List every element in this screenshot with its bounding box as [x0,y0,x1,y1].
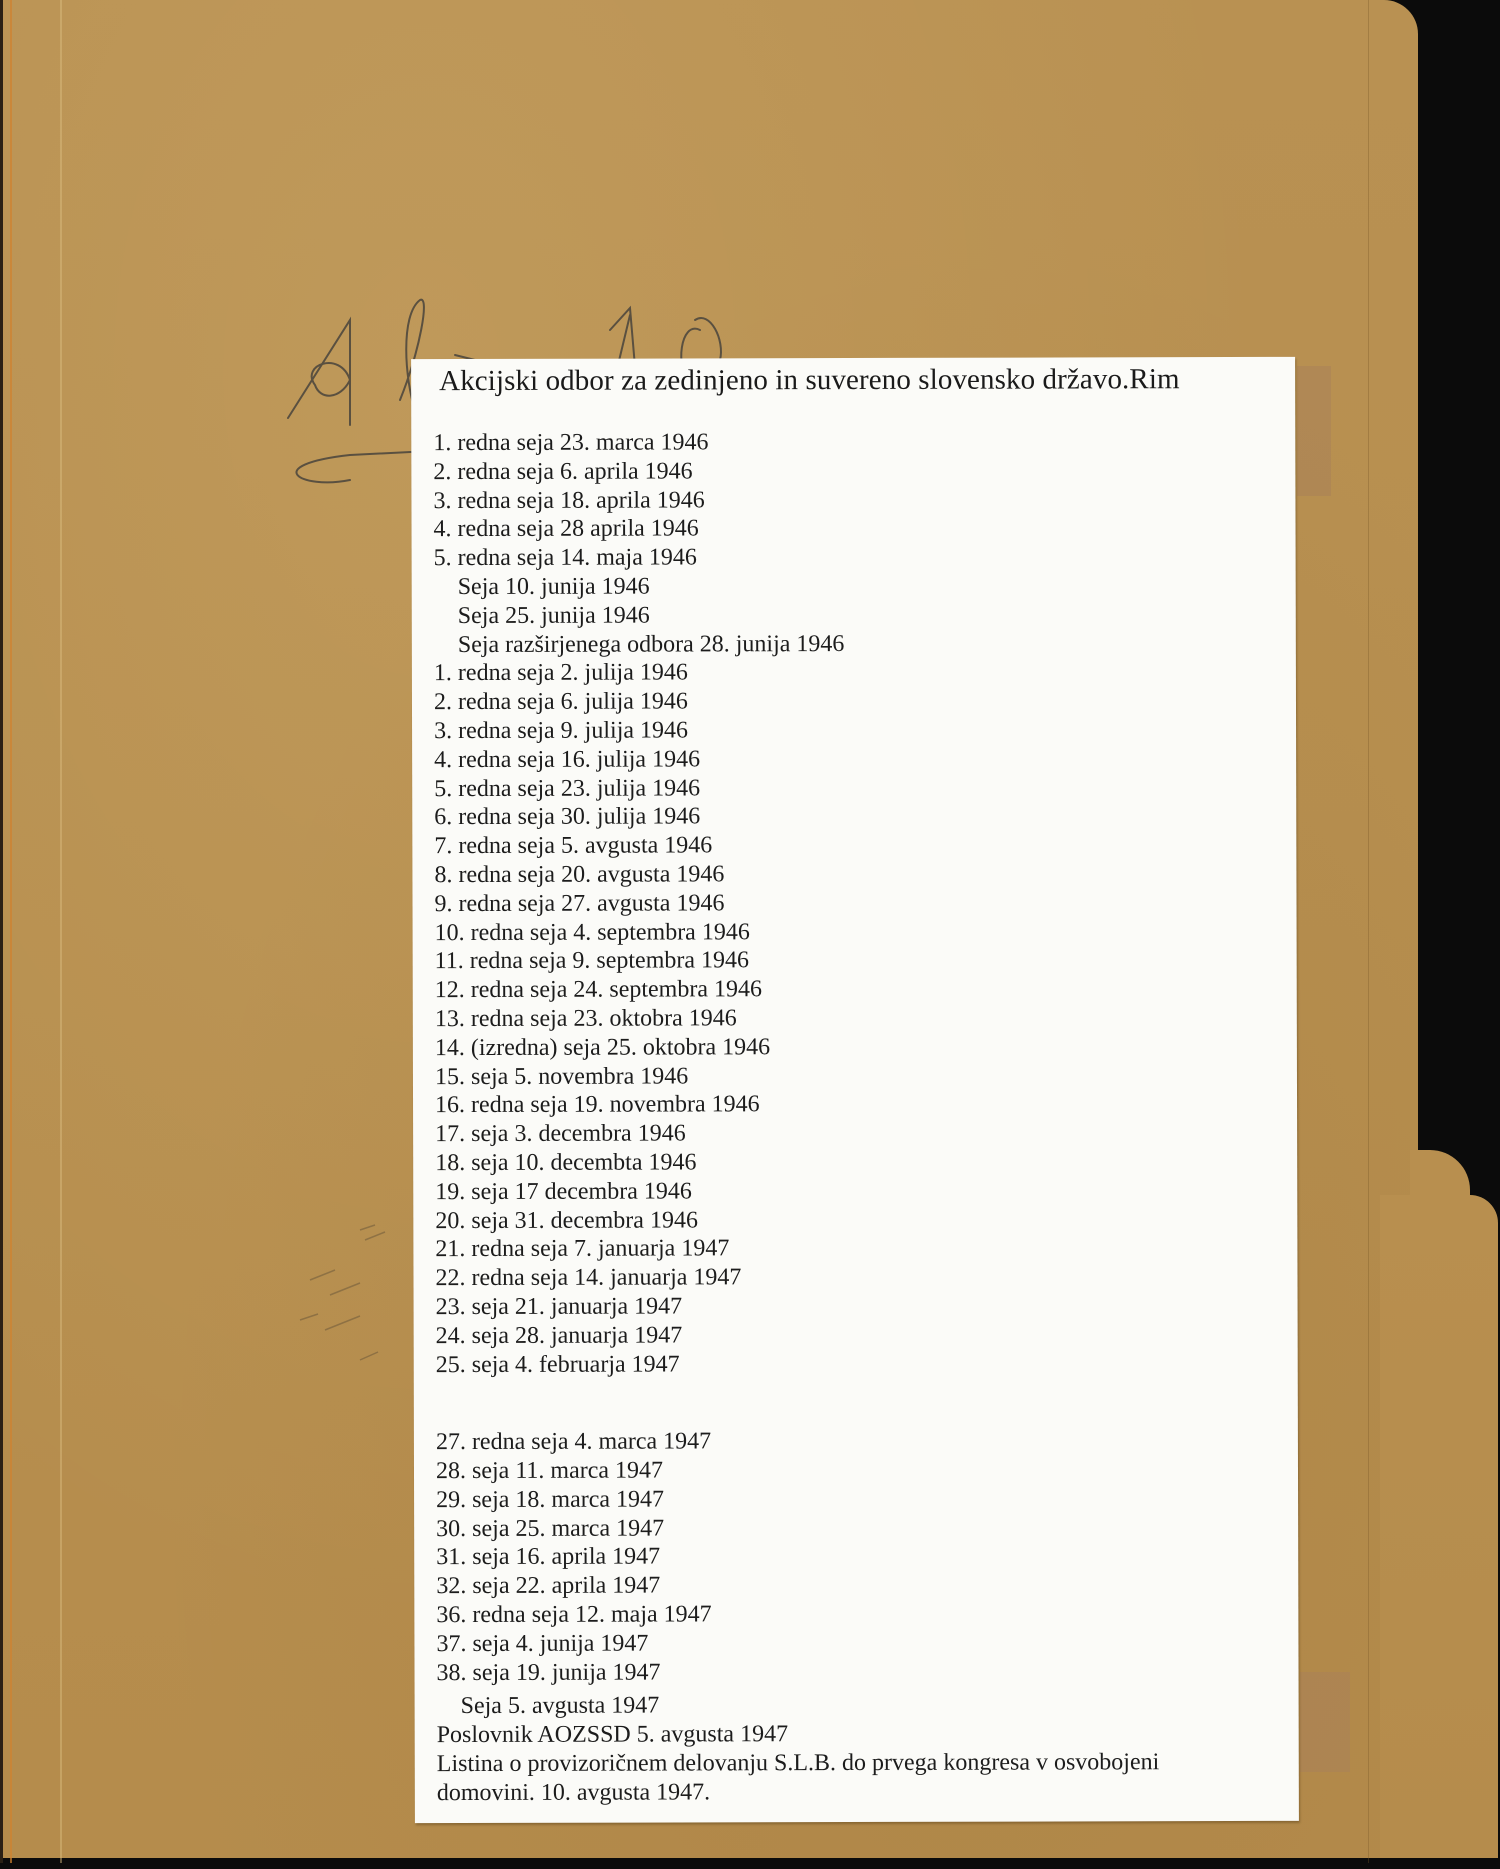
session-entry: 38. seja 19. junija 1947 [436,1658,847,1688]
session-entry: Seja 25. junija 1946 [434,601,845,631]
tape-strip-bottom [1300,1672,1350,1772]
index-sheet: Akcijski odbor za zedinjeno in suvereno … [411,357,1299,1823]
session-entry: 22. redna seja 14. januarja 1947 [435,1263,846,1293]
session-entry: 23. seja 21. januarja 1947 [436,1292,847,1322]
session-entry: 10. redna seja 4. septembra 1946 [435,918,846,948]
session-entry: 14. (izredna) seja 25. oktobra 1946 [435,1033,846,1063]
session-entry: Seja 10. junija 1946 [434,572,845,602]
session-entry: 36. redna seja 12. maja 1947 [436,1600,847,1630]
session-entry: 2. redna seja 6. aprila 1946 [433,457,844,487]
session-entry: 12. redna seja 24. septembra 1946 [435,975,846,1005]
session-entry: 8. redna seja 20. avgusta 1946 [434,860,845,890]
session-entry: 32. seja 22. aprila 1947 [436,1571,847,1601]
session-entry: 2. redna seja 6. julija 1946 [434,687,845,717]
session-entry: 15. seja 5. novembra 1946 [435,1062,846,1092]
tape-strip-top [1297,366,1331,496]
session-list: 1. redna seja 23. marca 19462. redna sej… [433,428,847,1688]
session-entry: Seja razširjenega odbora 28. junija 1946 [434,630,845,660]
session-entry: 20. seja 31. decembra 1946 [435,1206,846,1236]
scan-bottom-border [0,1858,1500,1869]
session-entry: 30. seja 25. marca 1947 [436,1514,847,1544]
document-title: Akcijski odbor za zedinjeno in suvereno … [439,363,1180,398]
folder-tab [1380,1195,1498,1863]
session-entry: 11. redna seja 9. septembra 1946 [435,946,846,976]
session-entry: 27. redna seja 4. marca 1947 [436,1427,847,1457]
session-entry: 1. redna seja 2. julija 1946 [434,658,845,688]
session-entry: 21. redna seja 7. januarja 1947 [435,1234,846,1264]
footer-line: Poslovnik AOZSSD 5. avgusta 1947 [437,1719,1160,1750]
session-entry: 3. redna seja 9. julija 1946 [434,716,845,746]
session-entry: 1. redna seja 23. marca 1946 [433,428,844,458]
folder-left-edge [0,0,3,1863]
pencil-smudges [270,1210,420,1380]
footer-line: domovini. 10. avgusta 1947. [437,1777,1160,1808]
session-entry: 5. redna seja 14. maja 1946 [434,543,845,573]
folder-edge-line [10,0,12,1863]
session-entry: 4. redna seja 16. julija 1946 [434,745,845,775]
footer-line: Seja 5. avgusta 1947 [437,1690,1160,1721]
session-entry: 3. redna seja 18. aprila 1946 [433,486,844,516]
session-entry: 17. seja 3. decembra 1946 [435,1119,846,1149]
session-entry: 5. redna seja 23. julija 1946 [434,774,845,804]
document-footer: Seja 5. avgusta 1947 Poslovnik AOZSSD 5.… [437,1690,1160,1808]
session-entry: 28. seja 11. marca 1947 [436,1456,847,1486]
session-entry: 13. redna seja 23. oktobra 1946 [435,1004,846,1034]
session-entry: 29. seja 18. marca 1947 [436,1485,847,1515]
session-entry: 4. redna seja 28 aprila 1946 [433,514,844,544]
folder-crease-left [60,0,62,1863]
session-entry: 6. redna seja 30. julija 1946 [434,802,845,832]
session-entry: 31. seja 16. aprila 1947 [436,1543,847,1573]
session-entry: 37. seja 4. junija 1947 [436,1629,847,1659]
session-entry: 25. seja 4. februarja 1947 [436,1350,847,1380]
session-entry: 16. redna seja 19. novembra 1946 [435,1090,846,1120]
footer-line: Listina o provizoričnem delovanju S.L.B.… [437,1748,1160,1779]
session-entry: 9. redna seja 27. avgusta 1946 [434,889,845,919]
session-entry: 24. seja 28. januarja 1947 [436,1321,847,1351]
session-entry: 18. seja 10. decembta 1946 [435,1148,846,1178]
session-entry: 19. seja 17 decembra 1946 [435,1177,846,1207]
list-gap [436,1378,847,1428]
folder-crease-right [1368,0,1369,1863]
session-entry: 7. redna seja 5. avgusta 1946 [434,831,845,861]
